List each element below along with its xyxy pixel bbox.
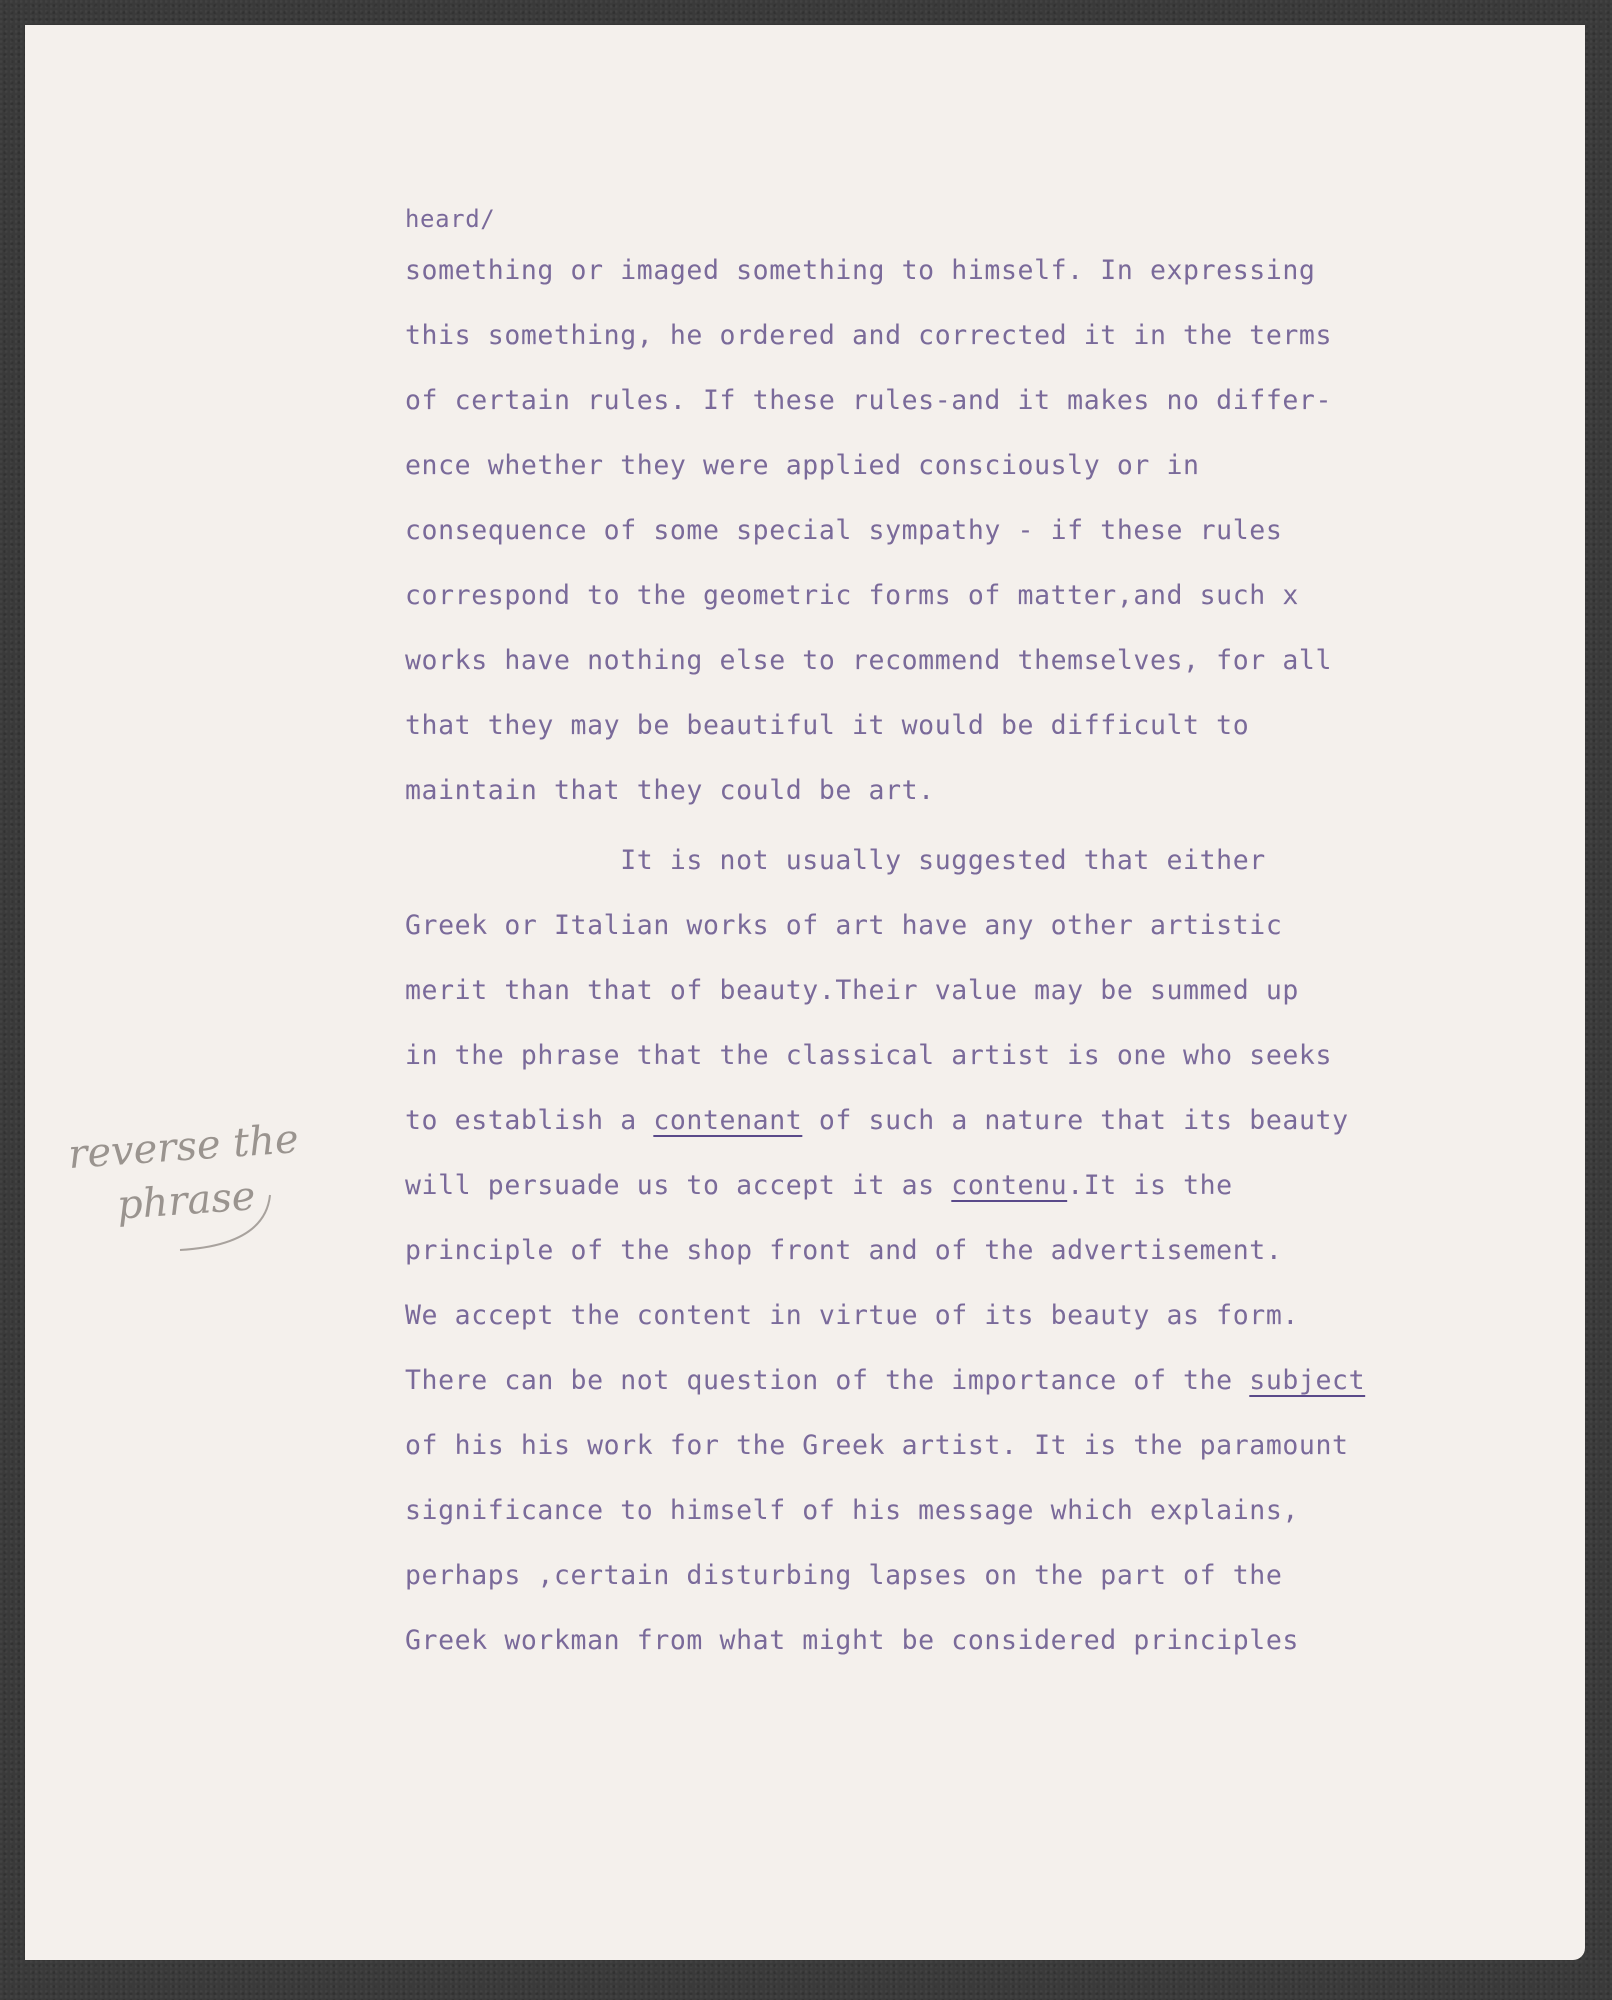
text-line-12: merit than that of beauty.Their value ma… <box>405 975 1299 1006</box>
text-line-8: that they may be beautiful it would be d… <box>405 710 1249 741</box>
text-span: There can be not question of the importa… <box>405 1365 1249 1396</box>
text-line-17: We accept the content in virtue of its b… <box>405 1300 1299 1331</box>
annotation-curve-icon <box>170 1190 290 1260</box>
text-line-21: perhaps ,certain disturbing lapses on th… <box>405 1560 1282 1591</box>
text-line-13: in the phrase that the classical artist … <box>405 1040 1332 1071</box>
underlined-word-contenu: contenu <box>951 1170 1067 1201</box>
text-line-22: Greek workman from what might be conside… <box>405 1625 1299 1656</box>
typed-text-block: heard/ something or imaged something to … <box>405 25 471 800</box>
text-line-15: will persuade us to accept it as contenu… <box>405 1170 1233 1201</box>
text-line-3: of certain rules. If these rules-and it … <box>405 385 1332 416</box>
text-span: to establish a <box>405 1105 653 1136</box>
text-line-10: It is not usually suggested that either <box>405 845 1266 876</box>
inserted-word: heard/ <box>405 205 495 233</box>
text-line-20: significance to himself of his message w… <box>405 1495 1299 1526</box>
text-span: will persuade us to accept it as <box>405 1170 951 1201</box>
text-line-18: There can be not question of the importa… <box>405 1365 1365 1396</box>
typescript-page: heard/ something or imaged something to … <box>25 25 1585 1960</box>
text-line-16: principle of the shop front and of the a… <box>405 1235 1282 1266</box>
text-line-19: of his his work for the Greek artist. It… <box>405 1430 1349 1461</box>
text-line-6: correspond to the geometric forms of mat… <box>405 580 1299 611</box>
text-line-1: something or imaged something to himself… <box>405 255 1316 286</box>
text-span: of such a nature that its beauty <box>802 1105 1348 1136</box>
text-line-14: to establish a contenant of such a natur… <box>405 1105 1349 1136</box>
text-line-7: works have nothing else to recommend the… <box>405 645 1332 676</box>
text-line-11: Greek or Italian works of art have any o… <box>405 910 1282 941</box>
text-span: .It is the <box>1067 1170 1233 1201</box>
underlined-word-subject: subject <box>1249 1365 1365 1396</box>
text-line-9: maintain that they could be art. <box>405 775 935 806</box>
text-line-4: ence whether they were applied conscious… <box>405 450 1200 481</box>
underlined-word-contenant: contenant <box>653 1105 802 1136</box>
text-line-2: this something, he ordered and corrected… <box>405 320 1332 351</box>
text-line-5: consequence of some special sympathy - i… <box>405 515 1282 546</box>
